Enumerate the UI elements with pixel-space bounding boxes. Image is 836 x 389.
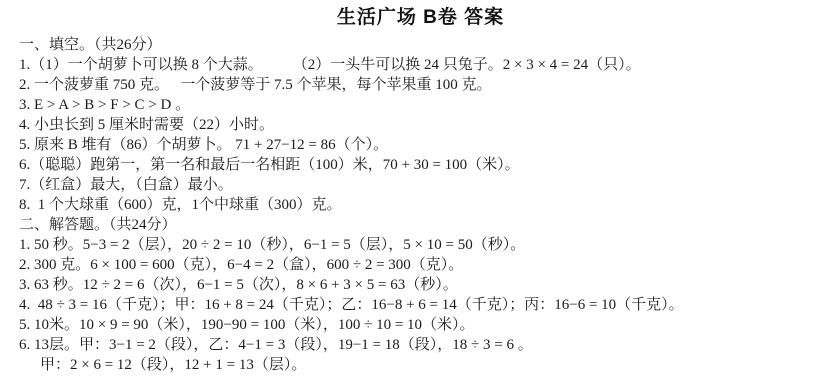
answer-line: 7.（红盒）最大，（白盒）最小。 — [19, 175, 822, 195]
answer-line: 5. 10米。10 × 9 = 90（米），190−90 = 100（米），10… — [19, 315, 822, 335]
answer-line-continuation: 甲：2 × 6 = 12（段），12 + 1 = 13（层）。 — [19, 355, 822, 375]
section-heading: 二、解答题。（共24分） — [19, 215, 822, 235]
answer-line: 8. 1 个大球重（600）克，1个中球重（300）克。 — [19, 195, 822, 215]
section-problem-solving: 二、解答题。（共24分） 1. 50 秒。5−3 = 2（层），20 ÷ 2 =… — [19, 215, 822, 375]
answer-line: 6.（聪聪）跑第一，第一名和最后一名相距（100）米，70 + 30 = 100… — [19, 155, 822, 175]
doc-title: 生活广场 B卷 答案 — [19, 5, 822, 31]
answer-line: 4. 小虫长到 5 厘米时需要（22）小时。 — [19, 115, 822, 135]
answer-line: 3. E > A > B > F > C > D 。 — [19, 95, 822, 115]
answer-line: 2. 一个菠萝重 750 克。 一个菠萝等于 7.5 个苹果，每个苹果重 100… — [19, 75, 822, 95]
answer-line: 1. 50 秒。5−3 = 2（层），20 ÷ 2 = 10（秒），6−1 = … — [19, 235, 822, 255]
answer-line: 5. 原来 B 堆有（86）个胡萝卜。 71 + 27−12 = 86（个）。 — [19, 135, 822, 155]
answer-line: 6. 13层。甲：3−1 = 2（段），乙：4−1 = 3（段），19−1 = … — [19, 335, 822, 355]
section-fill-in-blanks: 一、填空。（共26分） 1.（1）一个胡萝卜可以换 8 个大蒜。 （2）一头牛可… — [19, 35, 822, 215]
section-heading: 一、填空。（共26分） — [19, 35, 822, 55]
answer-line: 4. 48 ÷ 3 = 16（千克）；甲：16 + 8 = 24（千克）；乙：1… — [19, 295, 822, 315]
answer-sheet-page: 生活广场 B卷 答案 一、填空。（共26分） 1.（1）一个胡萝卜可以换 8 个… — [0, 0, 836, 389]
answer-line: 2. 300 克。6 × 100 = 600（克），6−4 = 2（盒），600… — [19, 255, 822, 275]
answer-line: 1.（1）一个胡萝卜可以换 8 个大蒜。 （2）一头牛可以换 24 只兔子。2 … — [19, 55, 822, 75]
answer-line: 3. 63 秒。12 ÷ 2 = 6（次），6−1 = 5（次），8 × 6 +… — [19, 275, 822, 295]
